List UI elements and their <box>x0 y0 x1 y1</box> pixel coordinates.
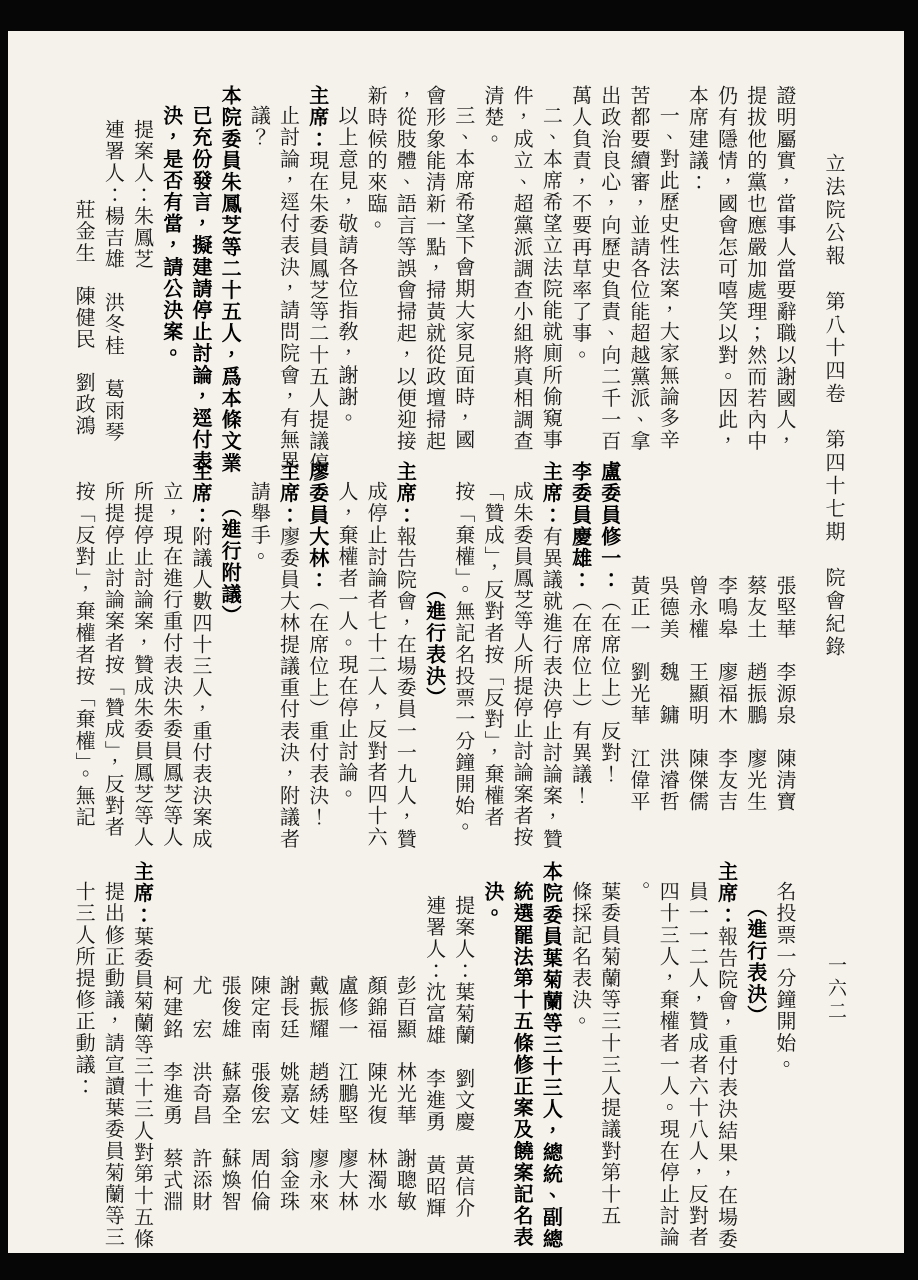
text-column: 張俊雄 蘇嘉全 蘇煥智 <box>214 861 243 1247</box>
text-column: 本席建議： <box>681 85 710 471</box>
text-column: 盧委員修一：（在席位上）反對！ <box>594 461 623 847</box>
text-column: 蔡友土 趙振鵬 廖光生 <box>740 461 769 847</box>
text-column: 決，是否有當，請公決案。 <box>156 85 185 471</box>
speaker-label: 主席： <box>715 861 737 926</box>
text-column: 名投票一分鐘開始。 <box>769 861 798 1247</box>
text-column: 出政治良心，向歷史負責、向二千一百 <box>594 85 623 471</box>
text-column: 決。 <box>477 861 506 1247</box>
text-column: 苦都要續審，並請各位能超越黨派、拿 <box>623 85 652 471</box>
text-column: 主席：現在朱委員鳳芝等二十五人提議停 <box>302 85 331 471</box>
speaker-label: 廖委員大林： <box>306 461 328 591</box>
text-column: 成朱委員鳳芝等人所提停止討論案者按 <box>506 461 535 847</box>
text-column: 提案人：朱鳳芝 <box>126 85 155 471</box>
text-column: 統選罷法第十五條修正案及饒案記名表 <box>506 861 535 1247</box>
text-column: 所提停止討論案者按「贊成」，反對者 <box>97 461 126 847</box>
gazette-page: 立法院公報 第八十四卷 第四十七期 院會紀錄 一六二 證明屬實，當事人當要辭職以… <box>8 31 904 1253</box>
text-column: 提拔他的黨也應嚴加處理；然而若內中 <box>740 85 769 471</box>
text-column: 葉委員菊蘭等三十三人提議對第十五 <box>594 861 623 1247</box>
text-column: 仍有隱情，國會怎可嘻笑以對。因此， <box>710 85 739 471</box>
page-header: 立法院公報 第八十四卷 第四十七期 院會紀錄 <box>819 153 848 659</box>
text-column: 證明屬實，當事人當要辭職以謝國人， <box>769 85 798 471</box>
text-column: 李委員慶雄：（在席位上）有異議！ <box>564 461 593 847</box>
speaker-label: 主席： <box>189 461 211 526</box>
text-column: 人，棄權者一人。現在停止討論。 <box>331 461 360 847</box>
text-column: 件，成立、超黨派調查小組將真相調查 <box>506 85 535 471</box>
text-column: 已充份發言，擬建請停止討論，逕付表 <box>185 85 214 471</box>
text-column: 一、對此歷史性法案，大家無論多辛 <box>652 85 681 471</box>
text-column: 主席：葉委員菊蘭等三十三人對第十五條 <box>126 861 155 1247</box>
text-column: 謝長廷 姚嘉文 翁金珠 <box>272 861 301 1247</box>
page-number: 一六二 <box>822 955 849 1024</box>
text-column: 新時候的來臨。 <box>360 85 389 471</box>
text-column: 本院委員葉菊蘭等三十三人，總統、副總 <box>535 861 564 1247</box>
text-column: （進行表決） <box>418 461 447 847</box>
text-band-2: 張堅華 李源泉 陳清寶蔡友土 趙振鵬 廖光生李鳴皋 廖福木 李友吉曾永權 王顯明… <box>68 461 798 847</box>
text-column: 。 <box>623 861 652 1247</box>
text-column: 所提停止討論案，贊成朱委員鳳芝等人 <box>126 461 155 847</box>
speaker-label: 盧委員修一： <box>598 461 620 591</box>
text-column: 條採記名表決。 <box>564 861 593 1247</box>
text-column: 二、本席希望立法院能就廁所偷窺事 <box>535 85 564 471</box>
text-column: 十三人所提修正動議： <box>68 861 97 1247</box>
text-column: （進行附議） <box>214 461 243 847</box>
text-column: （進行表決） <box>740 861 769 1247</box>
text-column: 盧修一 江鵬堅 廖大林 <box>331 861 360 1247</box>
text-column: 黃正一 劉光華 江偉平 <box>623 461 652 847</box>
text-column: 張堅華 李源泉 陳清寶 <box>769 461 798 847</box>
text-column: 按「反對」，棄權者按「棄權」。無記 <box>68 461 97 847</box>
speaker-label: 主席： <box>131 861 153 926</box>
text-column: 以上意見，敬請各位指敎，謝謝。 <box>331 85 360 471</box>
text-column: 廖委員大林：（在席位上）重付表決！ <box>302 461 331 847</box>
text-column: 清楚。 <box>477 85 506 471</box>
text-column: 顏錦福 陳光復 林濁水 <box>360 861 389 1247</box>
speaker-label: 主席： <box>393 461 415 526</box>
speaker-label: 主席： <box>306 85 328 150</box>
text-column: 陳定南 張俊宏 周伯倫 <box>243 861 272 1247</box>
gazette-scan: { "page": { "header": "立法院公報 第八十四卷 第四十七期… <box>0 0 918 1280</box>
text-column: 提案人：葉菊蘭 劉文慶 黃信介 <box>448 861 477 1247</box>
text-column: 會形象能清新一點，掃黃就從政壇掃起 <box>418 85 447 471</box>
speaker-label: 主席： <box>539 461 561 526</box>
text-column: 連署人：沈富雄 李進勇 黃昭輝 <box>418 861 447 1247</box>
text-column: 員一一二人，贊成者六十八人，反對者 <box>681 861 710 1247</box>
text-column: 議？ <box>243 85 272 471</box>
speaker-label: 主席： <box>277 461 299 526</box>
text-column: 萬人負責，不要再草率了事。 <box>564 85 593 471</box>
text-column: 李鳴皋 廖福木 李友吉 <box>710 461 739 847</box>
text-column: 柯建銘 李進勇 蔡式淵 <box>156 861 185 1247</box>
text-column: 成停止討論者七十二人，反對者四十六 <box>360 461 389 847</box>
text-column: 主席：廖委員大林提議重付表決，附議者 <box>272 461 301 847</box>
text-column: 本院委員朱鳳芝等二十五人，爲本條文業 <box>214 85 243 471</box>
text-column: 連署人：楊吉雄 洪冬桂 葛雨琴 <box>97 85 126 471</box>
text-column: 請舉手。 <box>243 461 272 847</box>
text-column: ，從肢體、語言等誤會掃起，以便迎接 <box>389 85 418 471</box>
text-column: 四十三人，棄權者一人。現在停止討論 <box>652 861 681 1247</box>
speaker-label: 李委員慶雄： <box>569 461 591 591</box>
text-column: 按「棄權」。無記名投票一分鐘開始。 <box>448 461 477 847</box>
text-column: 止討論，逕付表決，請問院會，有無異 <box>272 85 301 471</box>
text-column: 戴振耀 趙綉娃 廖永來 <box>302 861 331 1247</box>
text-column: 尤 宏 洪奇昌 許添財 <box>185 861 214 1247</box>
text-column: 三、本席希望下會期大家見面時，國 <box>448 85 477 471</box>
text-column: 主席：附議人數四十三人，重付表決案成 <box>185 461 214 847</box>
text-band-1: 證明屬實，當事人當要辭職以謝國人，提拔他的黨也應嚴加處理；然而若內中仍有隱情，國… <box>68 85 798 471</box>
text-column: 立，現在進行重付表決朱委員鳳芝等人 <box>156 461 185 847</box>
text-band-3: 名投票一分鐘開始。（進行表決）主席：報告院會，重付表決結果，在場委員一一二人，贊… <box>68 861 798 1247</box>
text-column: 主席：報告院會，重付表決結果，在場委 <box>710 861 739 1247</box>
text-column: 主席：報告院會，在場委員一一九人，贊 <box>389 461 418 847</box>
text-column: 提出修正動議，請宣讀葉委員菊蘭等三 <box>97 861 126 1247</box>
text-column: 莊金生 陳健民 劉政鴻 <box>68 85 97 471</box>
text-column: 彭百顯 林光華 謝聰敏 <box>389 861 418 1247</box>
text-column: 曾永權 王顯明 陳傑儒 <box>681 461 710 847</box>
text-column: 吳德美 魏 鏞 洪濬哲 <box>652 461 681 847</box>
text-column: 主席：有異議就進行表決停止討論案，贊 <box>535 461 564 847</box>
text-column: 「贊成」，反對者按「反對」，棄權者 <box>477 461 506 847</box>
